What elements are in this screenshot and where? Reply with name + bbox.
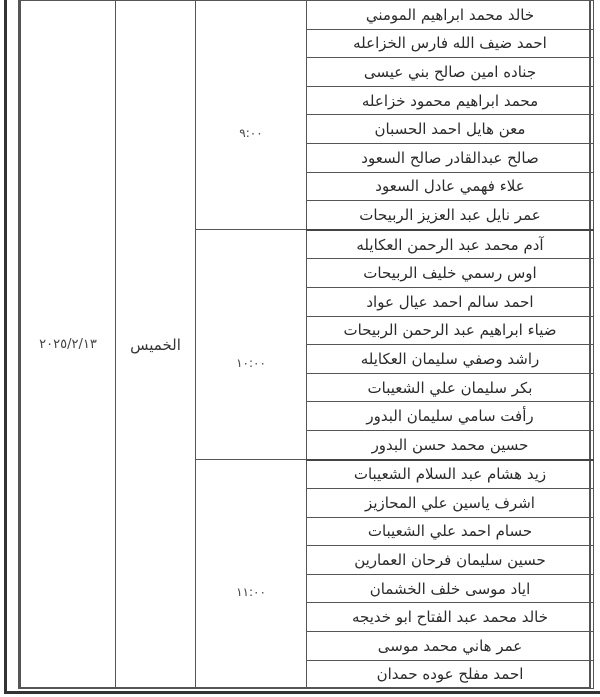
name-cell: راشد وصفي سليمان العكايله	[307, 345, 594, 374]
schedule-table: خالد محمد ابراهيم المومني ٩:٠٠ الخميس ٢٠…	[20, 0, 594, 689]
name-cell: محمد ابراهيم محمود خزاعله	[307, 86, 594, 115]
name-cell: عمر نايل عبد العزيز الربيحات	[307, 201, 594, 230]
name-cell: آدم محمد عبد الرحمن العكايله	[307, 230, 594, 259]
name-cell: احمد مفلح عوده حمدان	[307, 660, 594, 689]
name-cell: بكر سليمان علي الشعيبات	[307, 373, 594, 402]
name-cell: احمد ضيف الله فارس الخزاعله	[307, 29, 594, 58]
name-cell: اوس رسمي خليف الربيحات	[307, 259, 594, 288]
time-cell: ١١:٠٠	[196, 460, 307, 689]
time-label: ١١:٠٠	[236, 585, 266, 599]
name-cell: حسين سليمان فرحان العمارين	[307, 546, 594, 575]
time-label: ٩:٠٠	[239, 126, 262, 140]
time-label: ١٠:٠٠	[236, 356, 266, 370]
name-cell: اياد موسى خلف الخشمان	[307, 574, 594, 603]
name-cell: حسام احمد علي الشعيبات	[307, 517, 594, 546]
date-cell: ٢٠٢٥/٢/١٣	[21, 1, 116, 689]
name-cell: احمد سالم احمد عيال عواد	[307, 287, 594, 316]
name-cell: جناده امين صالح بني عيسى	[307, 58, 594, 87]
name-cell: معن هايل احمد الحسبان	[307, 115, 594, 144]
table-row: خالد محمد ابراهيم المومني ٩:٠٠ الخميس ٢٠…	[21, 1, 594, 30]
name-cell: علاء فهمي عادل السعود	[307, 172, 594, 201]
name-cell: حسين محمد حسن البدور	[307, 430, 594, 459]
name-cell: رأفت سامي سليمان البدور	[307, 402, 594, 431]
name-cell: صالح عبدالقادر صالح السعود	[307, 143, 594, 172]
day-cell: الخميس	[116, 1, 196, 689]
time-cell: ٩:٠٠	[196, 1, 307, 230]
name-cell: ضياء ابراهيم عبد الرحمن الربيحات	[307, 316, 594, 345]
name-cell: زيد هشام عبد السلام الشعيبات	[307, 460, 594, 489]
name-cell: عمر هاني محمد موسى	[307, 632, 594, 661]
schedule-table-container: خالد محمد ابراهيم المومني ٩:٠٠ الخميس ٢٠…	[18, 0, 591, 689]
time-cell: ١٠:٠٠	[196, 230, 307, 460]
name-cell: خالد محمد ابراهيم المومني	[307, 1, 594, 30]
name-cell: خالد محمد عبد الفتاح ابو خديجه	[307, 603, 594, 632]
name-cell: اشرف ياسين علي المحازيز	[307, 489, 594, 518]
